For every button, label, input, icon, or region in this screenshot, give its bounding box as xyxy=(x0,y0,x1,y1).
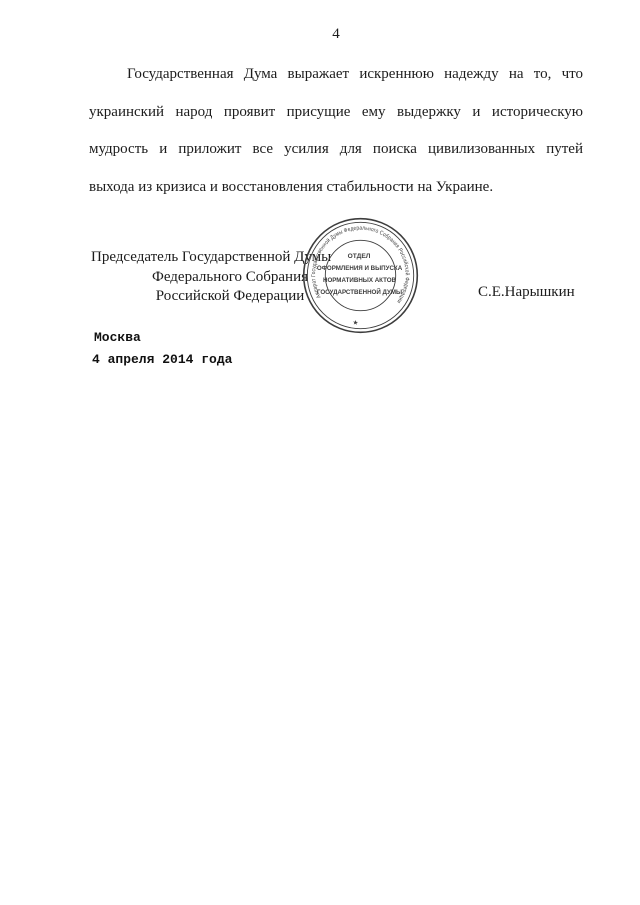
stamp-star-icon: ★ xyxy=(352,318,359,327)
document-page: 4 Государственная Дума выражает искренню… xyxy=(0,0,640,905)
signature-name: С.Е.Нарышкин xyxy=(478,284,575,301)
stamp-center-line: ОФОРМЛЕНИЯ И ВЫПУСКА xyxy=(317,265,403,272)
footer-date: 4 апреля 2014 года xyxy=(92,352,232,367)
stamp-center-line: НОРМАТИВНЫХ АКТОВ xyxy=(323,277,397,284)
stamp-outer-ring xyxy=(304,219,418,333)
body-paragraph: Государственная Дума выражает искреннюю … xyxy=(89,56,583,206)
paragraph-line: украинский народ проявит присущие ему вы… xyxy=(89,94,583,132)
page-number: 4 xyxy=(89,26,583,43)
official-stamp-seal: Аппарат Государственной Думы Федеральног… xyxy=(302,217,419,334)
stamp-second-ring xyxy=(307,222,413,328)
stamp-center-line: ОТДЕЛ xyxy=(348,253,371,260)
paragraph-line: Государственная Дума выражает искреннюю … xyxy=(89,56,583,94)
stamp-inner-ring xyxy=(325,240,395,310)
paragraph-line: выхода из кризиса и восстановления стаби… xyxy=(89,169,583,207)
stamp-center-line: ГОСУДАРСТВЕННОЙ ДУМЫ xyxy=(317,288,402,296)
paragraph-line: мудрость и приложит все усилия для поиск… xyxy=(89,131,583,169)
footer-city: Москва xyxy=(92,330,232,345)
footer-place-date-block: Москва 4 апреля 2014 года xyxy=(92,330,232,367)
